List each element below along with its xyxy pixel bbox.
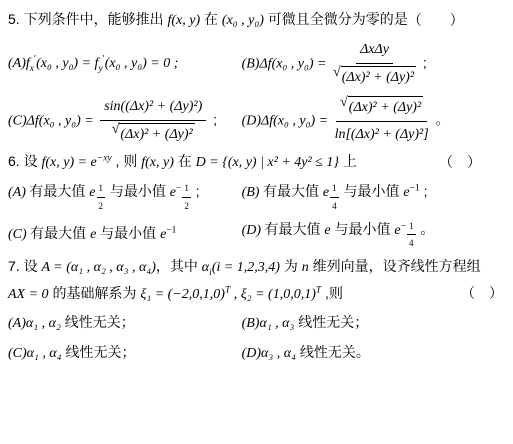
text-run: (B) xyxy=(242,316,260,331)
fraction-numerator: 1 xyxy=(407,219,416,235)
question-7-stem-line-1: 7. 设 A = (α₁ , α₂ , α₃ , α₄)，其中 αi(i = 1… xyxy=(8,255,505,280)
text-run: (x₀ , y₀) = xyxy=(39,113,97,128)
fraction: sin((Δx)² + (Δy)²)√(Δx)² + (Δy)² xyxy=(100,95,206,147)
text-run: (D) xyxy=(242,346,261,361)
text-run: (x₀ , y₀) = xyxy=(272,56,330,71)
question-6-stem: 6. 设 f(x, y) = e−xy , 则 f(x, y) 在 D = {(… xyxy=(8,150,505,175)
math-exam-page: 5. 下列条件中，能够推出 f(x, y) 在 (x₀ , y₀) 可微且全微分… xyxy=(0,0,513,444)
text-run: α₁ , α₄ xyxy=(27,346,62,361)
text-run: 6. xyxy=(8,153,24,169)
text-run: 与最小值 xyxy=(331,221,395,237)
text-run: ; xyxy=(419,54,427,70)
text-run: (C)Δ xyxy=(8,113,35,128)
option-6-C: (C) 有最大值 e 与最小值 e−1 xyxy=(8,222,242,246)
text-run: −1 xyxy=(166,225,176,235)
text-run: ξ₁ = (−2,0,1,0) xyxy=(140,287,225,302)
text-run: (x, y) = e xyxy=(45,155,96,170)
text-run: 上 xyxy=(339,153,357,169)
text-run: ξ₂ = (1,0,0,1) xyxy=(241,287,316,302)
text-run: −1 xyxy=(410,184,420,194)
text-run: 线性无关。 xyxy=(296,344,370,360)
question-5-options-row-2: (C)Δf(x₀ , y₀) = sin((Δx)² + (Δy)²)√(Δx)… xyxy=(8,95,505,147)
fraction-denominator: √(Δx)² + (Δy)² xyxy=(112,121,195,146)
radical: √(Δx)² + (Δy)² xyxy=(340,96,423,119)
question-6-options-row-2: (C) 有最大值 e 与最小值 e−1 (D) 有最大值 e 与最小值 e−14… xyxy=(8,218,505,251)
text-run: 与最小值 xyxy=(96,225,160,241)
text-run: − xyxy=(176,184,181,194)
text-run: , 则 xyxy=(112,153,142,169)
fraction-numerator: sin((Δx)² + (Δy)²) xyxy=(100,95,206,121)
text-run: −xy xyxy=(97,154,112,164)
text-run: ，其中 xyxy=(156,258,202,274)
text-run: 线性无关； xyxy=(294,314,368,330)
text-run: n xyxy=(302,260,309,275)
radical-body: (Δx)² + (Δy)² xyxy=(348,96,423,119)
question-6: 6. 设 f(x, y) = e−xy , 则 f(x, y) 在 D = {(… xyxy=(8,150,505,250)
text-run: 下列条件中，能够推出 xyxy=(24,11,168,27)
text-run: 有最大值 xyxy=(30,225,90,241)
text-run: 7. xyxy=(8,258,24,274)
text-run: A = (α₁ , α₂ , α₃ , α₄) xyxy=(41,260,155,275)
text-run: (A) xyxy=(8,316,26,331)
fraction-denominator: 2 xyxy=(184,198,189,213)
fraction-denominator: 4 xyxy=(409,235,414,250)
text-run: 在 xyxy=(200,11,222,27)
option-7-D: (D)α₃ , α₄ 线性无关。 xyxy=(242,341,505,365)
fraction: ΔxΔy√(Δx)² + (Δy)² xyxy=(333,38,416,90)
radical-body: (Δx)² + (Δy)² xyxy=(119,123,194,146)
fraction-numerator: 1 xyxy=(182,181,191,197)
question-7-text-line-1: 7. 设 A = (α₁ , α₂ , α₃ , α₄)，其中 αi(i = 1… xyxy=(8,255,481,280)
fraction-numerator: √(Δx)² + (Δy)² xyxy=(336,95,427,122)
text-run: (B)Δ xyxy=(242,56,268,71)
text-run: 设 xyxy=(24,153,42,169)
text-run: 可微且全微分为零的是 xyxy=(264,11,408,27)
text-run: − xyxy=(401,221,406,231)
text-run: ; xyxy=(209,111,217,127)
fraction-numerator: 1 xyxy=(330,181,339,197)
text-run: (A) xyxy=(8,185,29,200)
text-run: , xyxy=(230,287,241,302)
text-run: ; xyxy=(192,183,200,199)
question-5-text: 5. 下列条件中，能够推出 f(x, y) 在 (x₀ , y₀) 可微且全微分… xyxy=(8,8,408,33)
option-5-A: (A)fx′(x₀ , y₀) = fy′(x₀ , y₀) = 0 ; xyxy=(8,51,242,75)
option-6-D: (D) 有最大值 e 与最小值 e−14 。 xyxy=(242,218,505,251)
fraction-denominator: 2 xyxy=(99,198,104,213)
option-7-C: (C)α₁ , α₄ 线性无关； xyxy=(8,341,242,365)
text-run: 有最大值 xyxy=(265,221,325,237)
question-7-options-row-2: (C)α₁ , α₄ 线性无关； (D)α₃ , α₄ 线性无关。 xyxy=(8,341,505,365)
text-run: e xyxy=(323,185,329,200)
text-run: 设 xyxy=(24,258,42,274)
option-6-B: (B) 有最大值 e14 与最小值 e−1 ; xyxy=(242,180,505,213)
text-run: ,则 xyxy=(321,285,343,301)
option-5-B: (B)Δf(x₀ , y₀) = ΔxΔy√(Δx)² + (Δy)² ; xyxy=(242,38,505,90)
question-7-text-line-2: AX = 0 的基础解系为 ξ₁ = (−2,0,1,0)T , ξ₂ = (1… xyxy=(8,282,343,307)
text-run: AX = 0 xyxy=(8,287,49,302)
text-run: (D) xyxy=(242,223,265,238)
fraction-numerator: ΔxΔy xyxy=(356,38,393,64)
fraction: √(Δx)² + (Δy)²ln[(Δx)² + (Δy)²] xyxy=(335,95,429,147)
fraction-denominator: √(Δx)² + (Δy)² xyxy=(333,64,416,89)
question-6-options-row-1: (A) 有最大值 e12 与最小值 e−12 ; (B) 有最大值 e14 与最… xyxy=(8,180,505,213)
radical-sign: √ xyxy=(112,123,120,138)
text-run: (B) xyxy=(242,185,263,200)
text-run: (x₀ , y₀) = xyxy=(273,113,331,128)
question-5-stem: 5. 下列条件中，能够推出 f(x, y) 在 (x₀ , y₀) 可微且全微分… xyxy=(8,8,505,33)
option-6-A: (A) 有最大值 e12 与最小值 e−12 ; xyxy=(8,180,242,213)
text-run: (x₀ , y₀) = 0 ; xyxy=(105,56,179,71)
text-run: α₁ , α₂ xyxy=(26,316,61,331)
text-run: (D)Δ xyxy=(242,113,270,128)
text-run: 与最小值 xyxy=(340,183,404,199)
radical-body: (Δx)² + (Δy)² xyxy=(341,66,416,89)
text-run: α₃ , α₄ xyxy=(261,346,296,361)
question-6-text: 6. 设 f(x, y) = e−xy , 则 f(x, y) 在 D = {(… xyxy=(8,150,357,175)
text-run: 与最小值 xyxy=(106,183,170,199)
fraction: 14 xyxy=(330,181,339,213)
text-run: (i = 1,2,3,4) xyxy=(212,260,280,275)
question-7: 7. 设 A = (α₁ , α₂ , α₃ , α₄)，其中 αi(i = 1… xyxy=(8,255,505,365)
radical: √(Δx)² + (Δy)² xyxy=(333,66,416,89)
text-run: (C) xyxy=(8,346,27,361)
fraction-numerator: 1 xyxy=(97,181,106,197)
text-run: x xyxy=(30,64,34,74)
radical-sign: √ xyxy=(333,66,341,81)
text-run: D = {(x, y) | x² + 4y² ≤ 1} xyxy=(196,155,339,170)
text-run: y xyxy=(98,64,102,74)
text-run: sin((Δx)² + (Δy)²) xyxy=(104,96,202,118)
fraction-denominator: ln[(Δx)² + (Δy)²] xyxy=(335,122,429,146)
radical-sign: √ xyxy=(340,96,348,111)
text-run: 有最大值 xyxy=(29,183,89,199)
text-run: α₁ , α₃ xyxy=(259,316,294,331)
question-5-options-row-1: (A)fx′(x₀ , y₀) = fy′(x₀ , y₀) = 0 ; (B)… xyxy=(8,38,505,90)
option-7-B: (B)α₁ , α₃ 线性无关； xyxy=(242,311,505,335)
text-run: ΔxΔy xyxy=(360,39,389,61)
fraction: 14 xyxy=(407,219,416,251)
radical: √(Δx)² + (Δy)² xyxy=(112,123,195,146)
text-run: 维列向量，设齐线性方程组 xyxy=(309,258,481,274)
text-run: (C) xyxy=(8,227,30,242)
question-7-stem-line-2: AX = 0 的基础解系为 ξ₁ = (−2,0,1,0)T , ξ₂ = (1… xyxy=(8,282,505,307)
text-run: e xyxy=(89,185,95,200)
question-5-answer-blank: （ ） xyxy=(408,9,464,33)
text-run: 的基础解系为 xyxy=(49,285,141,301)
text-run: (x₀ , y₀) xyxy=(222,13,264,28)
text-run: 。 xyxy=(417,221,435,237)
text-run: (A) xyxy=(8,56,26,71)
fraction: 12 xyxy=(182,181,191,213)
option-5-D: (D)Δf(x₀ , y₀) = √(Δx)² + (Δy)²ln[(Δx)² … xyxy=(242,95,505,147)
question-6-answer-blank: （ ） xyxy=(439,151,481,175)
option-5-C: (C)Δf(x₀ , y₀) = sin((Δx)² + (Δy)²)√(Δx)… xyxy=(8,95,242,147)
question-7-options-row-1: (A)α₁ , α₂ 线性无关； (B)α₁ , α₃ 线性无关； xyxy=(8,311,505,335)
text-run: (x, y) xyxy=(171,13,200,28)
question-5: 5. 下列条件中，能够推出 f(x, y) 在 (x₀ , y₀) 可微且全微分… xyxy=(8,8,505,146)
text-run: 在 xyxy=(174,153,196,169)
text-run: ; xyxy=(420,183,428,199)
text-run: 5. xyxy=(8,11,24,27)
text-run: 为 xyxy=(280,258,302,274)
option-7-A: (A)α₁ , α₂ 线性无关； xyxy=(8,311,242,335)
fraction-denominator: 4 xyxy=(332,198,337,213)
text-run: 有最大值 xyxy=(263,183,323,199)
text-run: 线性无关； xyxy=(61,314,135,330)
text-run: (x₀ , y₀) = xyxy=(36,56,94,71)
text-run: (x, y) xyxy=(145,155,174,170)
question-7-answer-blank: （ ） xyxy=(461,282,503,306)
fraction: 12 xyxy=(97,181,106,213)
text-run: ln[(Δx)² + (Δy)²] xyxy=(335,124,429,146)
text-run: 线性无关； xyxy=(62,344,136,360)
text-run: 。 xyxy=(432,111,450,127)
